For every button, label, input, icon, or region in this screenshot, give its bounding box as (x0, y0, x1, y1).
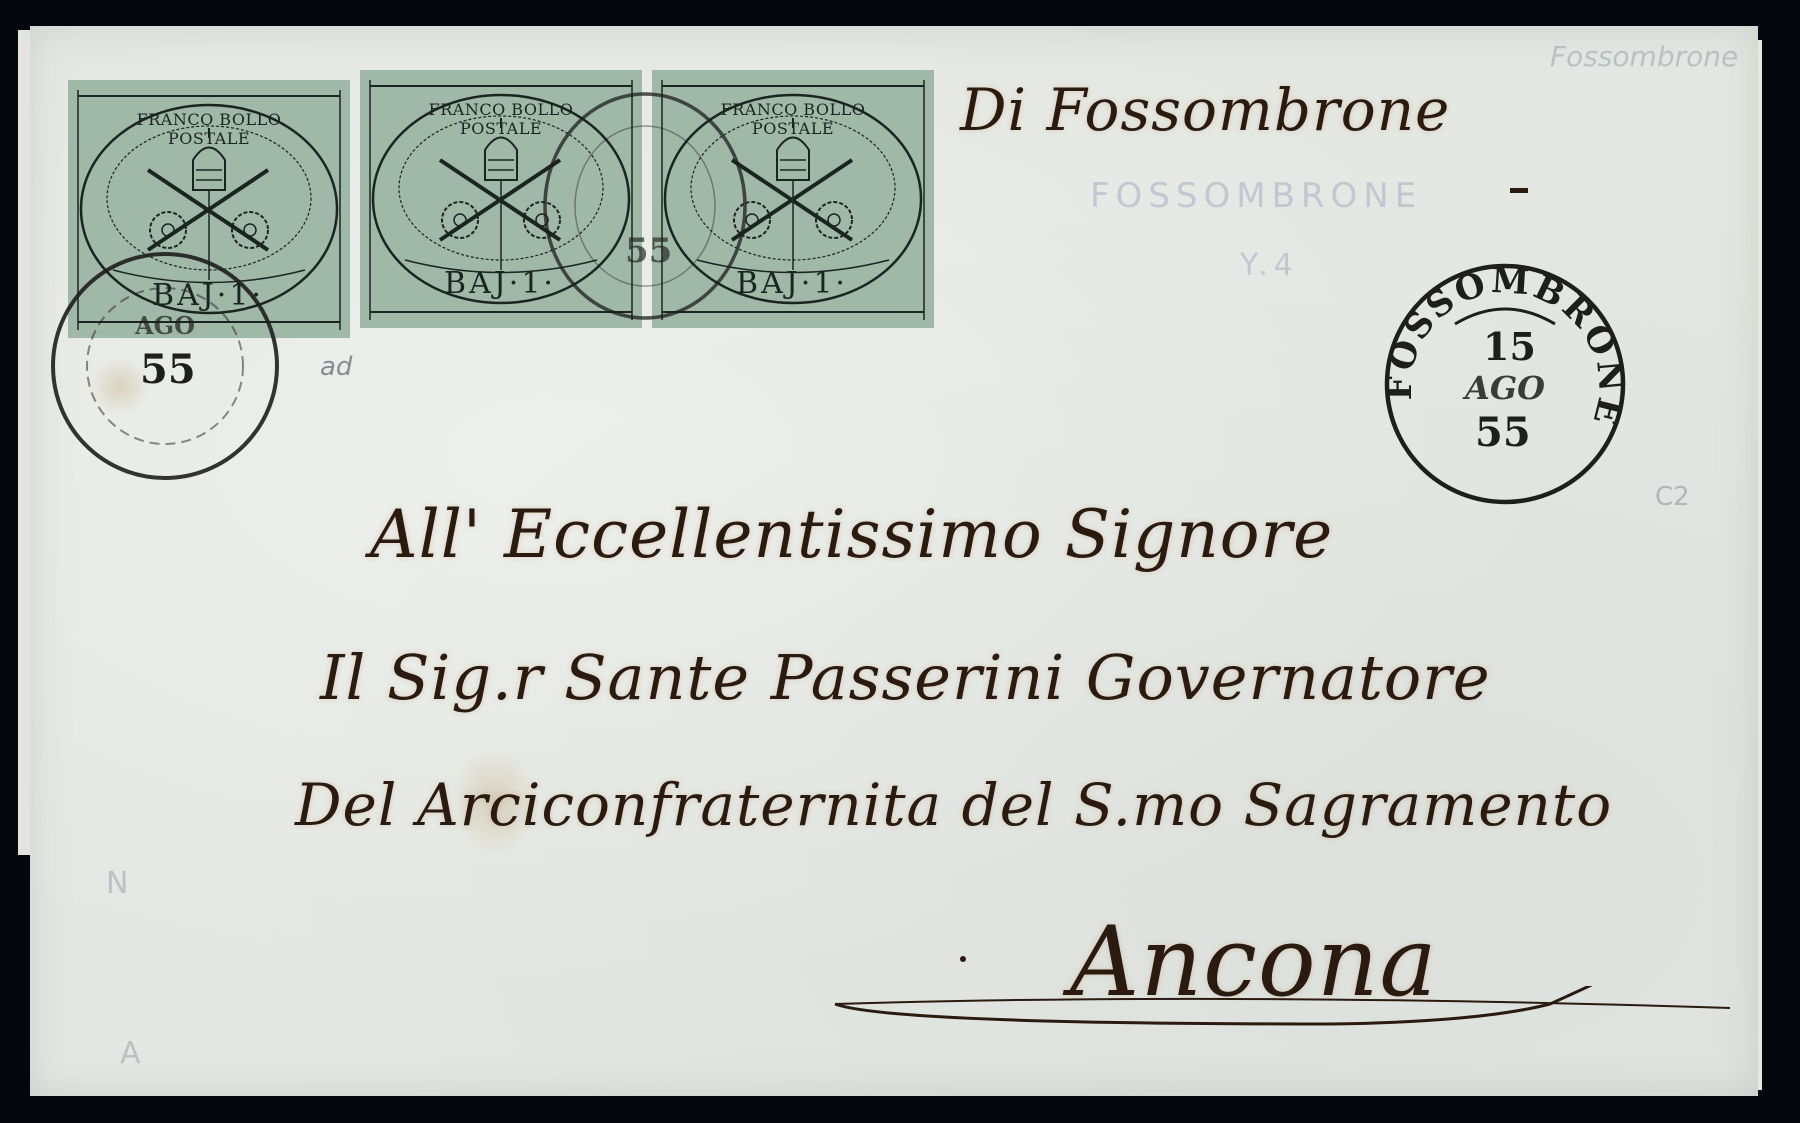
postmark-left-year: 55 (140, 346, 196, 393)
pencil-note-bottom-left-2: A (120, 1036, 141, 1071)
sender-note: Di Fossombrone (960, 76, 1450, 144)
postmark-right-month: AGO (1465, 369, 1545, 407)
postmark-right-day: 15 (1483, 324, 1536, 369)
address-line-3: Del Arciconfraternita del S.mo Sagrament… (295, 771, 1612, 839)
postmark-left: 55 AGO (40, 241, 290, 491)
ink-dot (960, 956, 966, 962)
pencil-note-bottom-left: N (106, 866, 128, 901)
postmark-left-month: AGO (135, 311, 195, 340)
postmark-right-year: 55 (1475, 409, 1531, 456)
faded-handstamp-code: Y.4 (1240, 248, 1299, 283)
postmark-center: 55 (525, 81, 765, 331)
letter-sheet: FOSSOMBRONE Y.4 Fossombrone C2 ad N A (30, 26, 1758, 1096)
postmark-center-year: 55 (625, 231, 672, 271)
pencil-note-top-right: Fossombrone (1550, 40, 1738, 73)
pencil-note-stamps: ad (320, 352, 352, 382)
address-line-2: Il Sig.r Sante Passerini Governatore (320, 641, 1491, 714)
postmark-right: FOSSOMBRONE 15 AGO 55 (1375, 254, 1635, 514)
stamp-1-top-text: FRANCO BOLLO POSTALE (98, 110, 320, 148)
city-underline-flourish (830, 986, 1760, 1046)
faded-handstamp-town: FOSSOMBRONE (1090, 176, 1422, 216)
ink-dash (1510, 188, 1528, 193)
pencil-note-c2: C2 (1655, 482, 1690, 512)
address-line-1: All' Eccellentissimo Signore (370, 496, 1333, 573)
